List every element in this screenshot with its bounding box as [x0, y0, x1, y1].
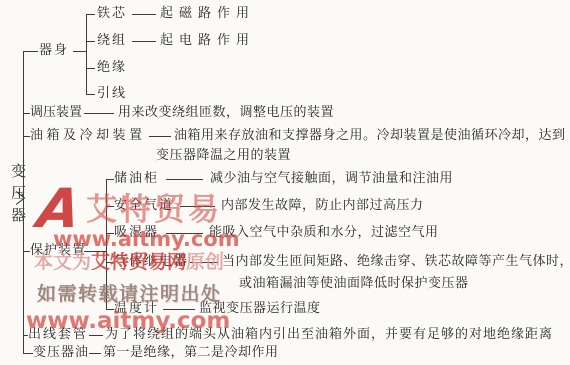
node-anquan-label: 安全气道 [114, 198, 174, 213]
node-chuyougui-desc: 减少油与空气接触面，调节油量和注油用 [210, 171, 453, 186]
node-qiti-desc-line1: 当内部发生匝间矩路、绝缘击穿、铁芯故障等产生气体时， [222, 254, 570, 269]
node-baohu-label: 保护装置 [30, 243, 86, 258]
node-jueyuan-label: 绝缘 [97, 60, 127, 75]
node-tiexin-desc: 起磁路作用 [160, 6, 255, 21]
connector [163, 309, 195, 310]
node-chuxian-desc: 为了将绕组的端头从油箱内引出至油箱外面，并要有足够的对地绝缘距离 [105, 327, 553, 342]
connector [84, 251, 106, 252]
node-tiaoya-label: 调压装置 [30, 105, 82, 120]
node-tiexin-label: 铁芯 [97, 6, 127, 21]
connector [23, 353, 33, 354]
connector [180, 206, 215, 207]
node-raozu-label: 绕组 [97, 33, 127, 48]
node-tiaoya-desc: 用来改变绕组匝数，调整电压的装置 [118, 105, 334, 120]
connector [86, 94, 95, 95]
connector [73, 51, 86, 52]
node-youxiang-label: 油箱及冷却装置 [30, 128, 146, 143]
connector [23, 136, 30, 137]
node-chuxian-label: 出线套管 [28, 327, 88, 342]
connector [106, 309, 114, 310]
connector [106, 233, 114, 234]
qishen-children-line [86, 14, 87, 95]
connector [23, 251, 30, 252]
node-raozu-desc: 起电路作用 [160, 33, 255, 48]
connector [166, 233, 203, 234]
node-byqyou-label: 变压器油 [33, 345, 89, 360]
node-youxiang-desc-line2: 变压器降温之用的装置 [156, 148, 291, 163]
node-xishiqi-label: 吸湿器 [114, 225, 159, 240]
node-anquan-desc: 内部发生故障，防止内部过高压力 [221, 198, 424, 213]
node-qishen-label: 器身 [39, 43, 69, 58]
connector [23, 51, 38, 52]
connector [23, 113, 30, 114]
connector [106, 262, 114, 263]
connector [106, 179, 114, 180]
trunk-line [23, 51, 24, 353]
connector [166, 179, 203, 180]
connector [149, 136, 171, 137]
node-wenduji-desc: 监视变压器运行温度 [199, 301, 321, 316]
connector [84, 113, 114, 114]
connector [86, 68, 95, 69]
connector [86, 41, 95, 42]
node-qiti-desc-line2: 或油箱漏油等使油面降低时保护变压器 [239, 276, 469, 291]
node-chuyougui-label: 储油柜 [114, 171, 159, 186]
connector [132, 14, 156, 15]
connector [190, 262, 218, 263]
baohu-children-line [106, 179, 107, 309]
node-yinxian-label: 引线 [97, 86, 127, 101]
node-xishiqi-desc: 能吸入空气中杂质和水分，过滤空气用 [209, 225, 439, 240]
transformer-structure-diagram: 变压器 器身 铁芯 起磁路作用 绕组 起电路作用 绝缘 引线 调压装置 用来改变… [0, 0, 570, 365]
watermark-logo-a-icon: A [34, 184, 83, 234]
connector [106, 206, 114, 207]
node-youxiang-desc-line1: 油箱用来存放油和支撑器身之用。冷却装置是使油循环冷却，达到 [174, 128, 566, 143]
connector [86, 14, 95, 15]
node-byqyou-desc: 第一是绝缘，第二是冷却作用 [103, 345, 279, 360]
node-qiti-label: 气体继电器 [114, 254, 189, 269]
connector [89, 335, 103, 336]
connector [132, 41, 156, 42]
connector [89, 353, 101, 354]
node-wenduji-label: 温度计 [114, 301, 159, 316]
